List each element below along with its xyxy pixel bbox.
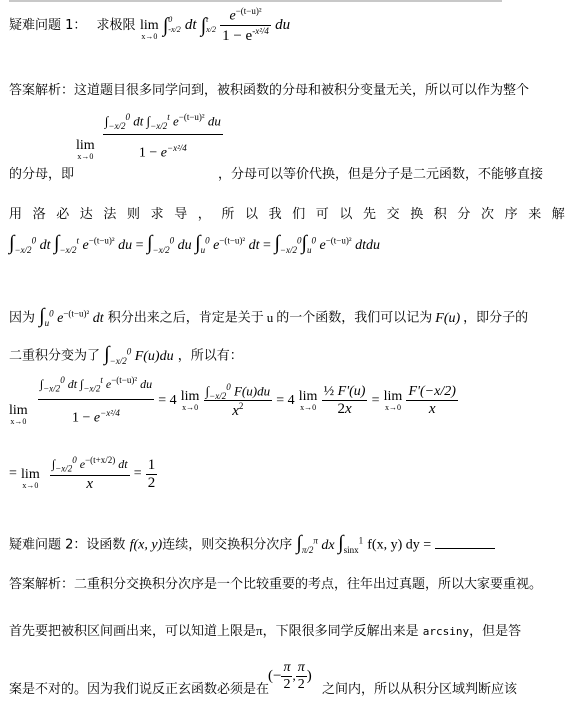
integral-limits: 0-x/2 — [168, 15, 180, 35]
interval: (−π2,π2) — [268, 660, 312, 693]
analysis1-line3: 用洛必达法则求导，所以我们可以先交换积分次序来解。 — [9, 207, 569, 223]
dt: dt — [185, 17, 197, 33]
answer-blank[interactable] — [435, 536, 495, 549]
analysis1-line2-right: ，分母可以等价代换，但是分子是二元函数，不能够直接 — [218, 167, 543, 183]
problem1-formula: lim x→0 ∫0-x/2 dt ∫tx/2 e−(t−u)² 1 − e-x… — [140, 6, 290, 45]
analysis2-line3-a: 案是不对的。因为我们说反正玄函数必须是在 — [9, 682, 269, 698]
problem1-label: 疑难问题 1： — [9, 18, 86, 33]
limit-chain-final: = limx→0 ∫−x/20 e−(t+x/2) dt x = 12 — [9, 455, 157, 493]
limit-operator: lim x→0 — [76, 139, 95, 161]
analysis1-line5: 二重积分变为了 ∫−x/20 F(u)du ，所以有： — [9, 343, 243, 368]
limit-operator: lim x→0 — [140, 19, 159, 41]
exchange-equation: ∫−x/20 dt ∫−x/2t e−(t−u)² du = ∫−x/20 du… — [9, 233, 380, 255]
final-result: 12 — [146, 457, 158, 492]
problem2-label: 疑难问题 2： — [9, 538, 86, 553]
integral-limits: tx/2 — [206, 15, 216, 35]
integrand-fraction: e−(t−u)² 1 − e-x²/4 — [220, 6, 271, 45]
analysis1-fraction: lim x→0 ∫−x/20 dt ∫−x/2t e−(t−u)² du 1 −… — [76, 112, 223, 162]
top-divider — [9, 0, 502, 2]
analysis1-line2-left: 的分母，即 — [9, 167, 74, 183]
analysis2-line3-b: 之间内，所以从积分区域判断应该 — [322, 682, 517, 698]
analysis2-line2: 首先要把被积区间画出来，可以知道上限是π，下限很多同学反解出来是 arcsiny… — [9, 623, 521, 640]
limit-chain: limx→0 ∫−x/20 dt ∫−x/2t e−(t−u)² du 1 − … — [9, 375, 458, 427]
problem2-line: 疑难问题 2：设函数 f(x, y)连续，则交换积分次序 ∫π/2π dx ∫s… — [9, 532, 495, 557]
analysis2-line1: 答案解析：二重积分交换积分次序是一个比较重要的考点，往年出过真题，所以大家要重视… — [9, 577, 542, 593]
analysis1-line4: 因为 ∫u0 e−(t−u)² dt 积分出来之后，肯定是关于u的一个函数，我们… — [9, 305, 528, 330]
du: du — [275, 17, 290, 33]
problem1-prompt: 求极限 — [97, 18, 136, 33]
analysis1-line1: 答案解析：这道题目很多同学问到，被积函数的分母和被积分变量无关，所以可以作为整个 — [9, 83, 529, 99]
problem1-heading: 疑难问题 1： 求极限 — [9, 18, 136, 34]
